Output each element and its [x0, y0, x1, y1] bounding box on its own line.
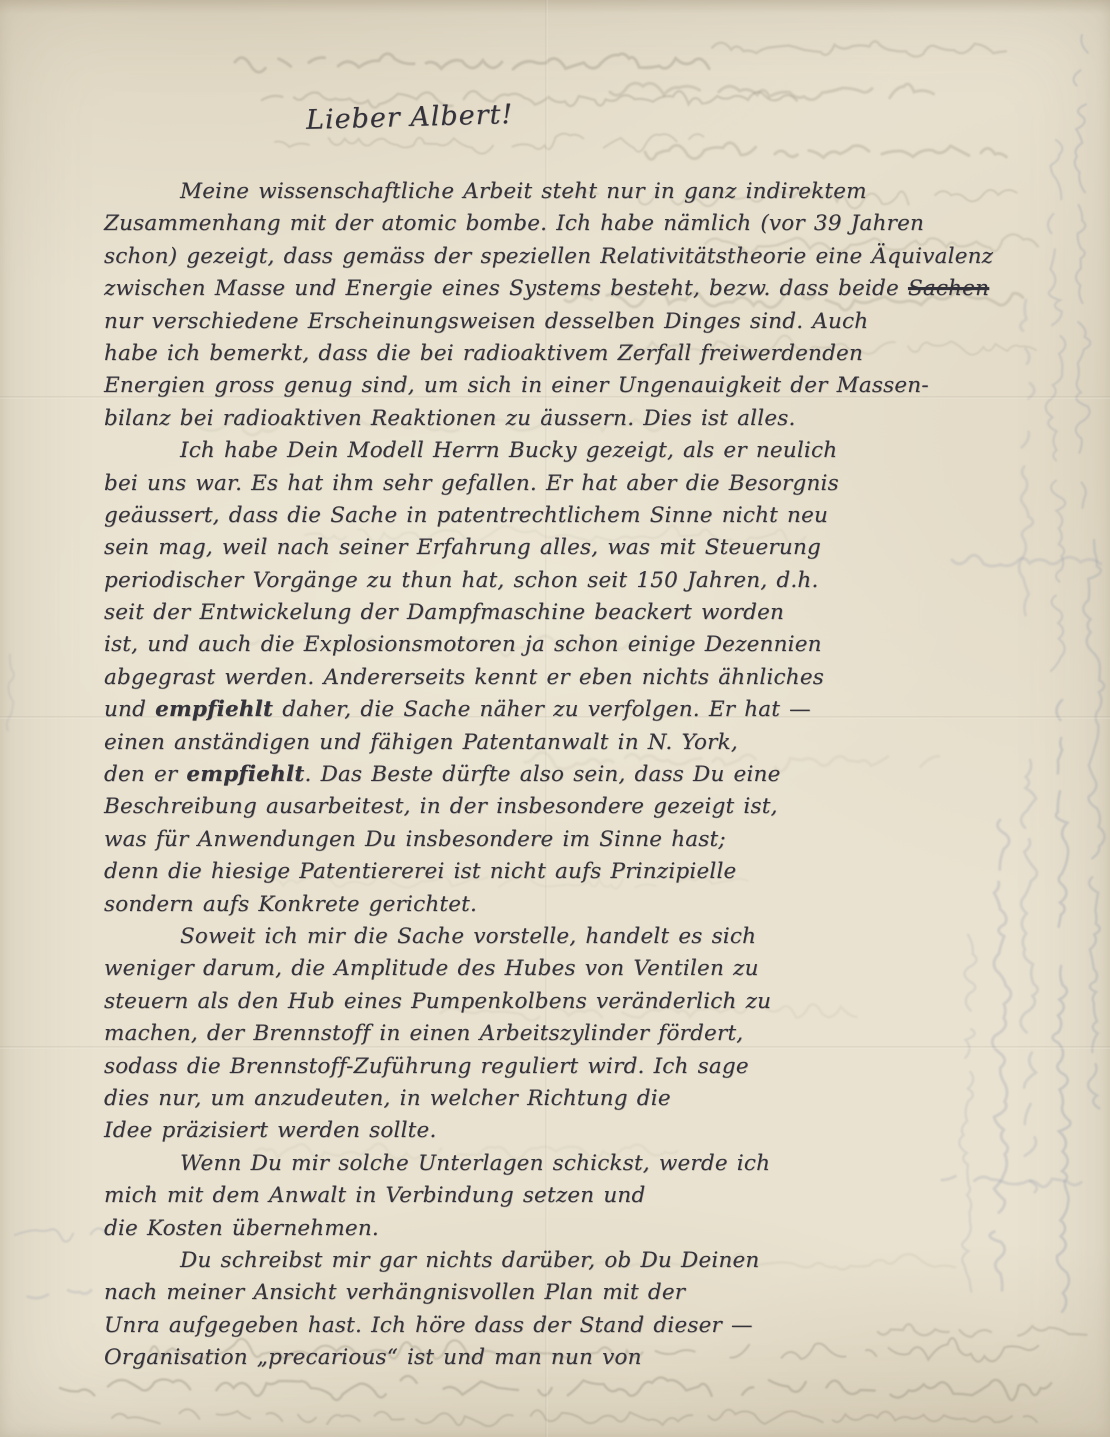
letter-line: abgegrast werden. Andererseits kennt er …: [104, 662, 1064, 694]
letter-line: Zusammenhang mit der atomic bombe. Ich h…: [104, 208, 1064, 240]
letter-line: Wenn Du mir solche Unterlagen schickst, …: [104, 1148, 1064, 1180]
salutation: Lieber Albert!: [306, 99, 514, 136]
bleedthrough-stroke: [1083, 540, 1104, 1108]
letter-line-text: Wenn Du mir solche Unterlagen schickst, …: [180, 1151, 770, 1176]
letter-line: bei uns war. Es hat ihm sehr gefallen. E…: [104, 468, 1064, 500]
letter-line-text: bilanz bei radioaktiven Reaktionen zu äu…: [104, 406, 796, 431]
letter-line: Meine wissenschaftliche Arbeit steht nur…: [104, 176, 1064, 208]
letter-line: Energien gross genug sind, um sich in ei…: [104, 370, 1064, 402]
bleedthrough-stroke: [235, 54, 709, 72]
letter-line: schon) gezeigt, dass gemäss der speziell…: [104, 241, 1064, 273]
letter-line: Idee präzisiert werden sollte.: [104, 1115, 1064, 1147]
letter-line-text: Du schreibst mir gar nichts darüber, ob …: [180, 1248, 759, 1273]
letter-line: habe ich bemerkt, dass die bei radioakti…: [104, 338, 1064, 370]
letter-line: was für Anwendungen Du insbesondere im S…: [104, 824, 1064, 856]
letter-line-text: Organisation „precarious“ ist und man nu…: [104, 1345, 642, 1370]
letter-line: dies nur, um anzudeuten, in welcher Rich…: [104, 1083, 1064, 1115]
letter-line: sein mag, weil nach seiner Erfahrung all…: [104, 532, 1064, 564]
bleedthrough-stroke: [60, 1376, 1051, 1400]
letter-line-text: Energien gross genug sind, um sich in ei…: [104, 373, 929, 398]
letter-line-text: sondern aufs Konkrete gerichtet.: [104, 892, 477, 917]
letter-page: Lieber Albert! Meine wissenschaftliche A…: [0, 0, 1110, 1437]
bleedthrough-stroke: [712, 41, 1006, 56]
letter-line-text: empfiehlt: [155, 697, 273, 722]
letter-line: Soweit ich mir die Sache vorstelle, hand…: [104, 921, 1064, 953]
letter-line: Ich habe Dein Modell Herrn Bucky gezeigt…: [104, 435, 1064, 467]
letter-line-text: . Das Beste dürfte also sein, dass Du ei…: [305, 762, 781, 787]
letter-line-text: abgegrast werden. Andererseits kennt er …: [104, 665, 824, 690]
letter-line-text: habe ich bemerkt, dass die bei radioakti…: [104, 341, 863, 366]
letter-line: seit der Entwickelung der Dampfmaschine …: [104, 597, 1064, 629]
letter-line-text: empfiehlt: [186, 762, 304, 787]
letter-line: die Kosten übernehmen.: [104, 1213, 1064, 1245]
letter-line: Unra aufgegeben hast. Ich höre dass der …: [104, 1310, 1064, 1342]
letter-line-text: machen, der Brennstoff in einen Arbeitsz…: [104, 1021, 743, 1046]
letter-line-text: Soweit ich mir die Sache vorstelle, hand…: [180, 924, 756, 949]
letter-line: machen, der Brennstoff in einen Arbeitsz…: [104, 1018, 1064, 1050]
letter-line-text: mich mit dem Anwalt in Verbindung setzen…: [104, 1183, 645, 1208]
letter-line: nach meiner Ansicht verhängnisvollen Pla…: [104, 1277, 1064, 1309]
letter-line-text: Unra aufgegeben hast. Ich höre dass der …: [104, 1313, 753, 1338]
letter-line-text: daher, die Sache näher zu verfolgen. Er …: [273, 697, 811, 722]
letter-line: mich mit dem Anwalt in Verbindung setzen…: [104, 1180, 1064, 1212]
letter-body: Meine wissenschaftliche Arbeit steht nur…: [104, 176, 1064, 1374]
letter-line: geäussert, dass die Sache in patentrecht…: [104, 500, 1064, 532]
letter-line: sodass die Brennstoff-Zuführung regulier…: [104, 1051, 1064, 1083]
letter-line-text: seit der Entwickelung der Dampfmaschine …: [104, 600, 784, 625]
bleedthrough-stroke: [275, 134, 703, 154]
letter-line-text: Ich habe Dein Modell Herrn Bucky gezeigt…: [180, 438, 837, 463]
bleedthrough-stroke: [7, 655, 14, 730]
bleedthrough-stroke: [15, 1228, 107, 1241]
bleedthrough-stroke: [645, 143, 1041, 160]
letter-line: periodischer Vorgänge zu thun hat, schon…: [104, 565, 1064, 597]
letter-line-text: periodischer Vorgänge zu thun hat, schon…: [104, 568, 819, 593]
letter-line: Organisation „precarious“ ist und man nu…: [104, 1342, 1064, 1374]
letter-line-text: weniger darum, die Amplitude des Hubes v…: [104, 956, 759, 981]
letter-line: Beschreibung ausarbeitest, in der insbes…: [104, 791, 1064, 823]
letter-line-text: sein mag, weil nach seiner Erfahrung all…: [104, 535, 821, 560]
letter-line: steuern als den Hub eines Pumpenkolbens …: [104, 986, 1064, 1018]
letter-line: weniger darum, die Amplitude des Hubes v…: [104, 953, 1064, 985]
letter-line-text: Meine wissenschaftliche Arbeit steht nur…: [180, 179, 867, 204]
letter-line-text: den er: [104, 762, 186, 787]
letter-line: sondern aufs Konkrete gerichtet.: [104, 889, 1064, 921]
letter-line: Du schreibst mir gar nichts darüber, ob …: [104, 1245, 1064, 1277]
letter-line-text: was für Anwendungen Du insbesondere im S…: [104, 827, 726, 852]
letter-line-text: geäussert, dass die Sache in patentrecht…: [104, 503, 828, 528]
bleedthrough-stroke: [1074, 35, 1091, 508]
letter-line-text: zwischen Masse und Energie eines Systems…: [104, 276, 908, 301]
letter-line-text: ist, und auch die Explosionsmotoren ja s…: [104, 632, 822, 657]
letter-line-text: steuern als den Hub eines Pumpenkolbens …: [104, 989, 771, 1014]
bleedthrough-stroke: [610, 83, 934, 99]
letter-line: zwischen Masse und Energie eines Systems…: [104, 273, 1064, 305]
letter-line: bilanz bei radioaktiven Reaktionen zu äu…: [104, 403, 1064, 435]
letter-line: und empfiehlt daher, die Sache näher zu …: [104, 694, 1064, 726]
letter-line-text: denn die hiesige Patentiererei ist nicht…: [104, 859, 736, 884]
letter-line-text: nach meiner Ansicht verhängnisvollen Pla…: [104, 1280, 685, 1305]
letter-line-text: und: [104, 697, 155, 722]
letter-line-text: nur verschiedene Erscheinungsweisen dess…: [104, 309, 868, 334]
letter-line-text: dies nur, um anzudeuten, in welcher Rich…: [104, 1086, 671, 1111]
letter-line-text: Sachen: [908, 276, 989, 301]
letter-line: ist, und auch die Explosionsmotoren ja s…: [104, 629, 1064, 661]
letter-line-text: bei uns war. Es hat ihm sehr gefallen. E…: [104, 471, 839, 496]
letter-line: nur verschiedene Erscheinungsweisen dess…: [104, 306, 1064, 338]
letter-line-text: Idee präzisiert werden sollte.: [104, 1118, 436, 1143]
letter-line-text: die Kosten übernehmen.: [104, 1216, 379, 1241]
letter-line: den er empfiehlt. Das Beste dürfte also …: [104, 759, 1064, 791]
letter-line-text: schon) gezeigt, dass gemäss der speziell…: [104, 244, 993, 269]
letter-line-text: Zusammenhang mit der atomic bombe. Ich h…: [104, 211, 924, 236]
letter-line: einen anständigen und fähigen Patentanwa…: [104, 727, 1064, 759]
letter-line-text: Beschreibung ausarbeitest, in der insbes…: [104, 794, 778, 819]
bleedthrough-stroke: [28, 1290, 91, 1298]
letter-line-text: sodass die Brennstoff-Zuführung regulier…: [104, 1054, 749, 1079]
letter-line-text: einen anständigen und fähigen Patentanwa…: [104, 730, 738, 755]
letter-line: denn die hiesige Patentiererei ist nicht…: [104, 856, 1064, 888]
bleedthrough-stroke: [112, 1409, 1037, 1426]
